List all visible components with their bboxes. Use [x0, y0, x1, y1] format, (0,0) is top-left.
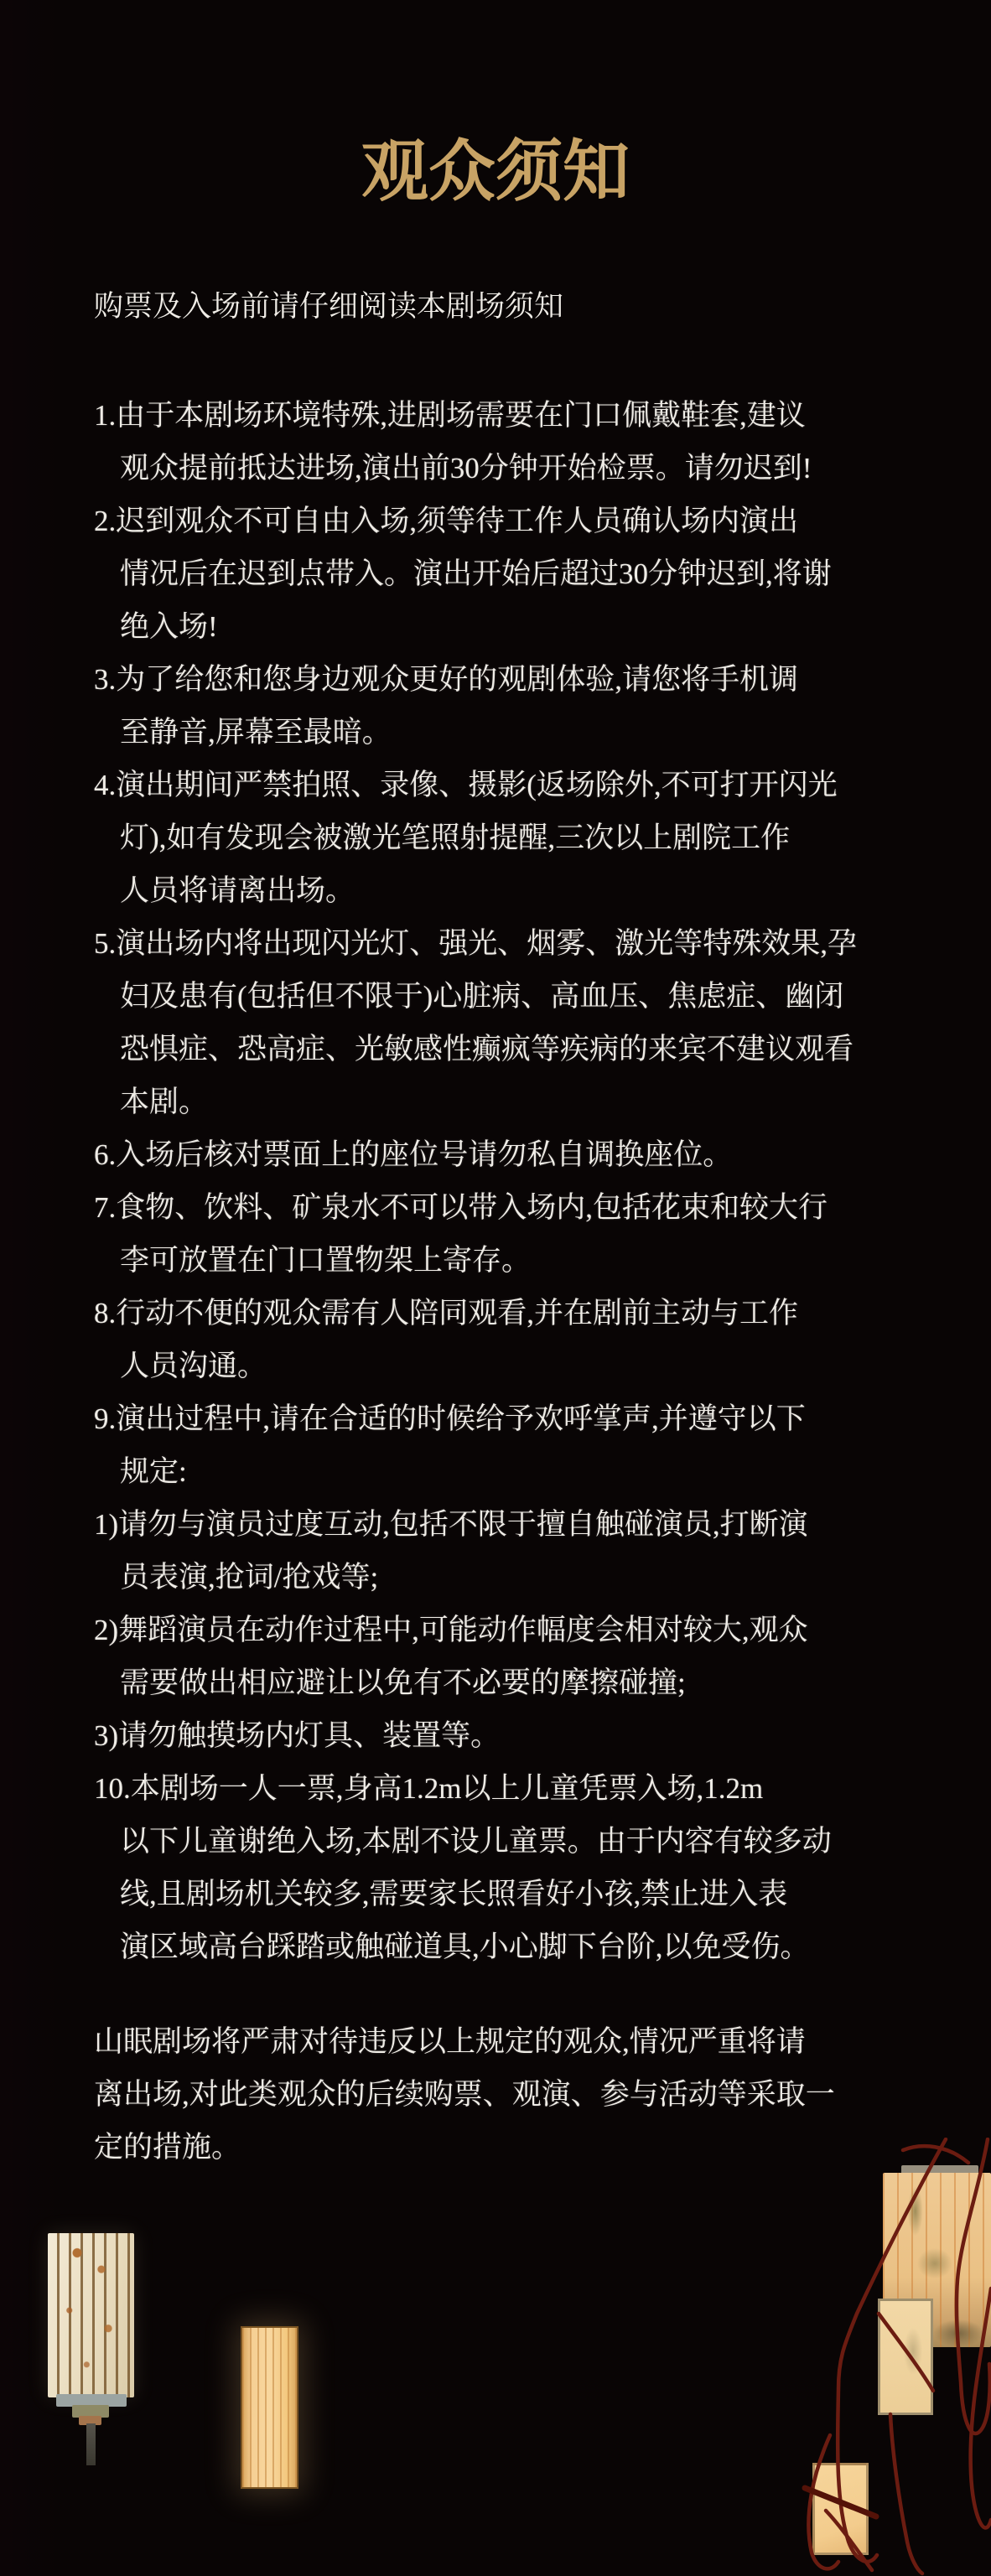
notice-item-1: 1.由于本剧场环境特殊,进剧场需要在门口佩戴鞋套,建议 观众提前抵达进场,演出前… — [94, 389, 954, 495]
notice-subitem-2: 2)舞蹈演员在动作过程中,可能动作幅度会相对较大,观众 需要做出相应避让以免有不… — [94, 1604, 954, 1709]
notice-page-background: 观众须知 购票及入场前请仔细阅读本剧场须知 1.由于本剧场环境特殊,进剧场需要在… — [0, 0, 991, 2576]
notice-subitem-3: 3)请勿触摸场内灯具、装置等。 — [94, 1709, 954, 1762]
red-string-path — [890, 2414, 922, 2573]
page-title: 观众须知 — [0, 134, 991, 211]
paper-lantern-orange — [241, 2326, 298, 2489]
paper-lantern-left-body — [48, 2233, 134, 2397]
paper-lantern-right-mid — [878, 2299, 933, 2415]
notice-item-4: 4.演出期间严禁拍照、录像、摄影(返场除外,不可打开闪光 灯),如有发现会被激光… — [94, 759, 954, 917]
intro-text: 购票及入场前请仔细阅读本剧场须知 — [94, 280, 949, 333]
enforcement-paragraph: 山眠剧场将严肃对待违反以上规定的观众,情况严重将请 离出场,对此类观众的后续购票… — [94, 2015, 954, 2174]
notice-item-3: 3.为了给您和您身边观众更好的观剧体验,请您将手机调 至静音,屏幕至最暗。 — [94, 653, 954, 759]
notice-item-9: 9.演出过程中,请在合适的时候给予欢呼掌声,并遵守以下 规定: — [94, 1392, 954, 1498]
paper-lantern-left-rod — [86, 2423, 96, 2465]
notice-item-10: 10.本剧场一人一票,身高1.2m以上儿童凭票入场,1.2m 以下儿童谢绝入场,… — [94, 1762, 954, 1973]
notice-item-2: 2.迟到观众不可自由入场,须等待工作人员确认场内演出 情况后在迟到点带入。演出开… — [94, 495, 954, 653]
notice-subitem-1: 1)请勿与演员过度互动,包括不限于擅自触碰演员,打断演 员表演,抢词/抢戏等; — [94, 1498, 954, 1604]
notice-list: 1.由于本剧场环境特殊,进剧场需要在门口佩戴鞋套,建议 观众提前抵达进场,演出前… — [94, 389, 954, 1973]
notice-item-6: 6.入场后核对票面上的座位号请勿私自调换座位。 — [94, 1128, 954, 1181]
notice-item-7: 7.食物、饮料、矿泉水不可以带入场内,包括花束和较大行 李可放置在门口置物架上寄… — [94, 1181, 954, 1287]
paper-lantern-right-small — [812, 2463, 869, 2555]
notice-item-5: 5.演出场内将出现闪光灯、强光、烟雾、激光等特殊效果,孕 妇及患有(包括但不限于… — [94, 917, 954, 1128]
notice-item-8: 8.行动不便的观众需有人陪同观看,并在剧前主动与工作 人员沟通。 — [94, 1287, 954, 1392]
